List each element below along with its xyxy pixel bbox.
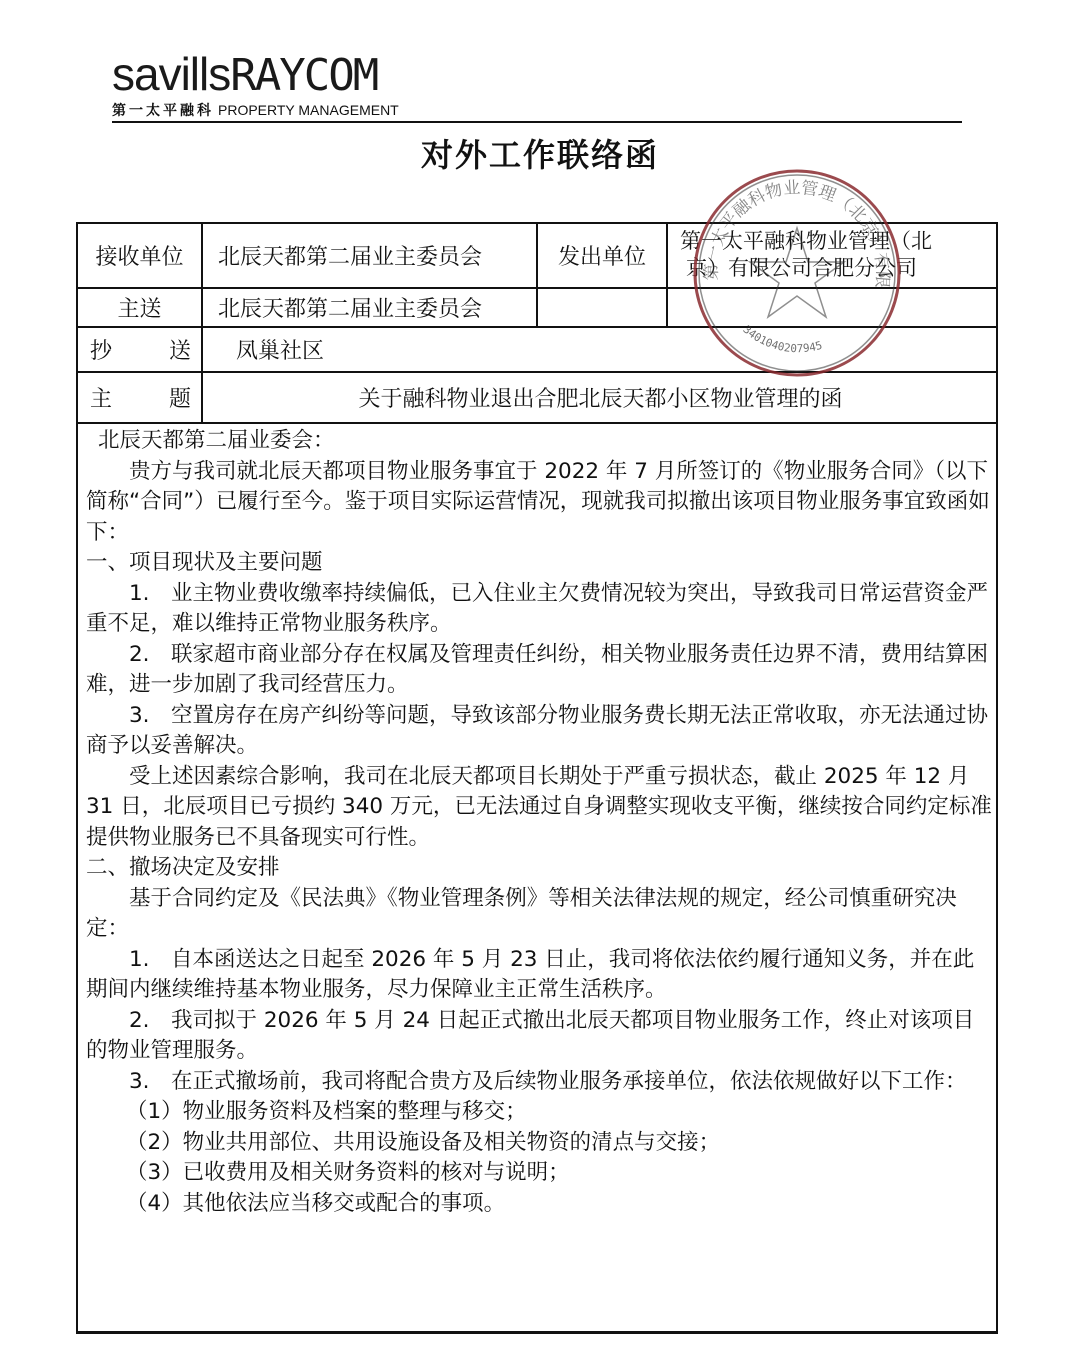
- intro-paragraph: 贵方与我司就北辰天都项目物业服务事宜于 2022 年 7 月所签订的《物业服务合…: [86, 457, 992, 549]
- section-1-item: 2. 联家超市商业部分存在权属及管理责任纠纷，相关物业服务责任边界不清，费用结算…: [86, 640, 992, 701]
- subject-value: 关于融科物业退出合肥北辰天都小区物业管理的函: [203, 373, 998, 422]
- sender-line-2: 京）有限公司合肥分公司: [680, 255, 932, 282]
- letterhead-divider: [112, 121, 962, 123]
- cc-label-char-2: 送: [169, 334, 191, 365]
- logo-brand-savills: savills: [112, 48, 230, 100]
- subject-label-char-1: 主: [90, 382, 112, 413]
- sender-line-1: 第一太平融科物业管理（北: [680, 228, 932, 255]
- letter-body: 北辰天都第二届业委会： 贵方与我司就北辰天都项目物业服务事宜于 2022 年 7…: [86, 426, 992, 1219]
- section-2-item: 1. 自本函送达之日起至 2026 年 5 月 23 日止，我司将依法依约履行通…: [86, 945, 992, 1006]
- cc-value: 凤巢社区: [236, 328, 636, 371]
- handover-item: （1）物业服务资料及档案的整理与移交；: [86, 1097, 992, 1128]
- logo-subtitle: 第一太平融科PROPERTY MANAGEMENT: [112, 102, 399, 118]
- logo-wordmark: savillsRAYCOM: [112, 50, 399, 100]
- subject-label-char-2: 题: [169, 382, 191, 413]
- table-row-divider: [76, 422, 998, 424]
- section-1-heading: 一、项目现状及主要问题: [86, 548, 992, 579]
- cc-label: 抄 送: [78, 328, 201, 371]
- handover-item: （2）物业共用部位、共用设施设备及相关物资的清点与交接；: [86, 1128, 992, 1159]
- main-to-value: 北辰天都第二届业主委员会: [218, 289, 536, 326]
- sender-value-text: 第一太平融科物业管理（北 京）有限公司合肥分公司: [668, 224, 932, 282]
- section-2-heading: 二、撤场决定及安排: [86, 853, 992, 884]
- salutation: 北辰天都第二届业委会：: [86, 426, 992, 457]
- logo-brand-raycom: RAYCOM: [230, 50, 377, 101]
- company-logo: savillsRAYCOM 第一太平融科PROPERTY MANAGEMENT: [112, 50, 399, 118]
- section-1-item: 3. 空置房存在房产纠纷等问题，导致该部分物业服务费长期无法正常收取，亦无法通过…: [86, 701, 992, 762]
- receiver-value: 北辰天都第二届业主委员会: [218, 224, 536, 287]
- section-2-item: 3. 在正式撤场前，我司将配合贵方及后续物业服务承接单位，依法依规做好以下工作：: [86, 1067, 992, 1098]
- logo-subtitle-en: PROPERTY MANAGEMENT: [218, 102, 399, 118]
- handover-item: （4）其他依法应当移交或配合的事项。: [86, 1189, 992, 1220]
- section-2-intro: 基于合同约定及《民法典》《物业管理条例》等相关法律法规的规定，经公司慎重研究决定…: [86, 884, 992, 945]
- section-1-item: 1. 业主物业费收缴率持续偏低，已入住业主欠费情况较为突出，导致我司日常运营资金…: [86, 579, 992, 640]
- cc-label-char-1: 抄: [90, 334, 112, 365]
- section-2-item: 2. 我司拟于 2026 年 5 月 24 日起正式撤出北辰天都项目物业服务工作…: [86, 1006, 992, 1067]
- main-to-label: 主送: [78, 289, 201, 326]
- sender-value: 第一太平融科物业管理（北 京）有限公司合肥分公司: [668, 224, 996, 287]
- sender-label: 发出单位: [538, 224, 666, 287]
- handover-item: （3）已收费用及相关财务资料的核对与说明；: [86, 1158, 992, 1189]
- section-1-summary: 受上述因素综合影响，我司在北辰天都项目长期处于严重亏损状态，截止 2025 年 …: [86, 762, 992, 854]
- document-title: 对外工作联络函: [0, 133, 1080, 177]
- receiver-label: 接收单位: [78, 224, 201, 287]
- logo-subtitle-cn: 第一太平融科: [112, 102, 214, 118]
- subject-label: 主 题: [78, 373, 201, 422]
